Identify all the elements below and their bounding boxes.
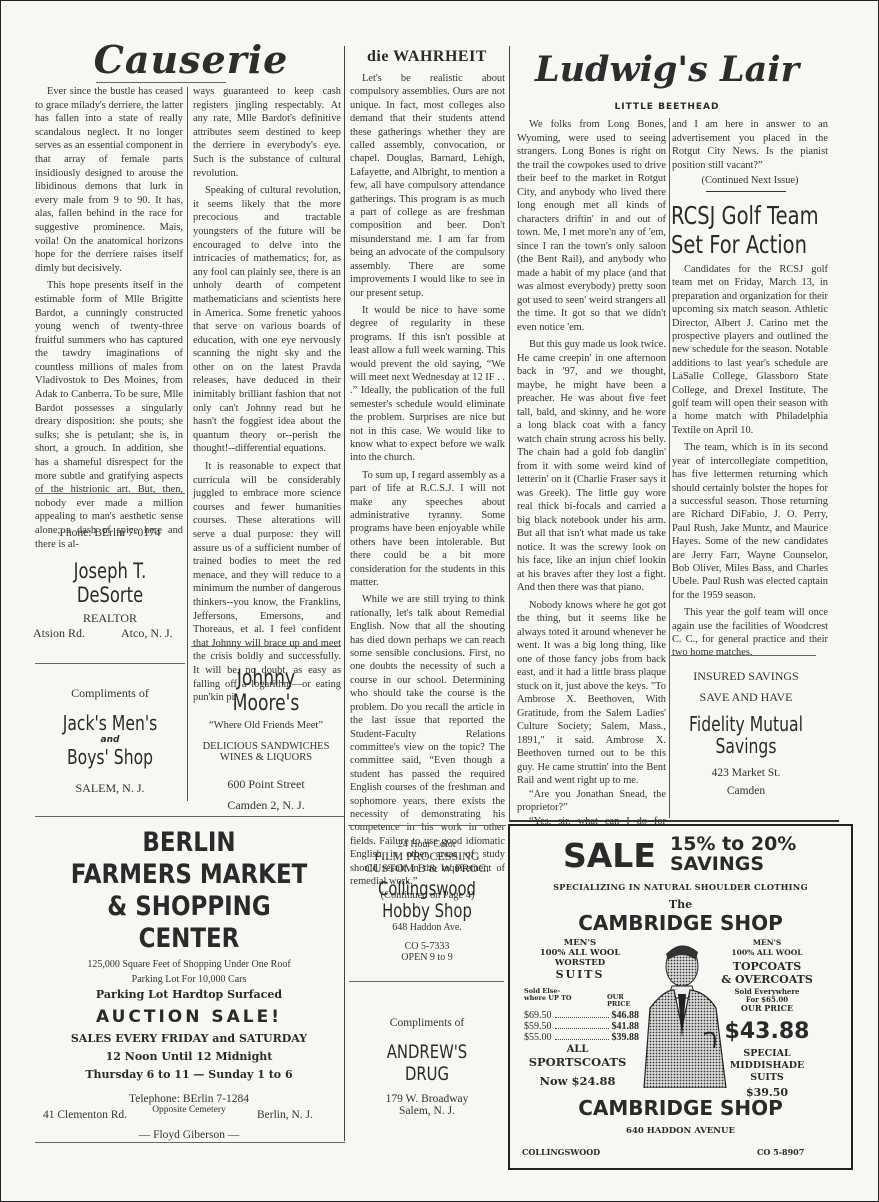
berlin-title3: & SHOPPING CENTER xyxy=(58,891,320,955)
middishade-block: SPECIAL MIDDISHADE SUITS $39.50 xyxy=(712,1048,822,1099)
fidelity-ad: INSURED SAVINGS SAVE AND HAVE Fidelity M… xyxy=(671,669,821,797)
berlin-title2: FARMERS MARKET xyxy=(58,859,320,891)
jacks-line1: Jack's Men's xyxy=(52,711,169,735)
divider xyxy=(35,1142,345,1143)
johnny-moores-ad: Johnny Moore's “Where Old Friends Meet” … xyxy=(191,666,341,813)
paragraph: The team, which is in its second year of… xyxy=(672,441,828,602)
hobby-phone: CO 5-7333 xyxy=(347,941,507,952)
berlin-auction: AUCTION SALE! xyxy=(35,1007,343,1027)
paragraph: To sum up, I regard assembly as a part o… xyxy=(350,469,505,590)
berlin-sub3: Parking Lot Hardtop Surfaced xyxy=(35,988,343,1001)
cambridge-specializing: SPECIALIZING IN NATURAL SHOULDER CLOTHIN… xyxy=(510,882,851,892)
desorte-street: Atsion Rd. xyxy=(33,626,85,641)
price-row: $59.50$41.88 xyxy=(524,1021,639,1032)
jacks-compliments: Compliments of xyxy=(35,686,185,701)
all-label: ALL xyxy=(520,1044,635,1055)
berlin-hours2: Thursday 6 to 11 — Sunday 1 to 6 xyxy=(35,1068,343,1081)
ludwig-title: Ludwig's Lair xyxy=(517,49,817,90)
sold-elsewhere-label: Sold Else-where UP TO xyxy=(524,988,574,1002)
andrews-street: 179 W. Broadway xyxy=(347,1093,507,1105)
paragraph: and I am here in answer to an advertisem… xyxy=(672,118,828,172)
desorte-name: Joseph T. DeSorte xyxy=(52,559,169,607)
middishade-label: MIDDISHADE xyxy=(712,1060,822,1072)
suits-label: SUITS xyxy=(712,1072,822,1084)
causerie-title: Causerie xyxy=(61,37,321,82)
our-price-label: OUR PRICE xyxy=(712,1004,822,1013)
johnny-moores-name: Johnny Moore's xyxy=(208,666,325,716)
cambridge-savings1: 15% to 20% xyxy=(670,834,796,854)
divider xyxy=(349,981,504,982)
desorte-role: REALTOR xyxy=(35,611,185,626)
ludwig-column-2: and I am here in answer to an advertisem… xyxy=(672,118,828,188)
berlin-street: 41 Clementon Rd. xyxy=(43,1109,127,1121)
hobby-name1: Collingswood xyxy=(365,878,490,900)
jacks-town: SALEM, N. J. xyxy=(35,781,185,796)
berlin-market-ad: BERLIN FARMERS MARKET & SHOPPING CENTER … xyxy=(35,827,343,1115)
column-divider xyxy=(669,118,670,818)
wahrheit-title: die WAHRHEIT xyxy=(347,48,507,66)
johnny-moores-town: Camden 2, N. J. xyxy=(191,798,341,813)
paragraph: It would be nice to have some degree of … xyxy=(350,304,505,465)
cambridge-footer-name: CAMBRIDGE SHOP xyxy=(510,1096,851,1120)
cambridge-savings2: SAVINGS xyxy=(670,854,764,874)
fidelity-name1: Fidelity Mutual xyxy=(688,713,805,735)
johnny-moores-line1: DELICIOUS SANDWICHES xyxy=(191,741,341,752)
hobby-hours: OPEN 9 to 9 xyxy=(347,952,507,963)
hobby-line3: CUSTOM B & W PROC. xyxy=(347,862,507,874)
golf-article: Candidates for the RCSJ golf team met on… xyxy=(672,263,828,660)
paragraph: ways guaranteed to keep cash registers j… xyxy=(193,85,341,180)
golf-headline-line1: RCSJ Golf Team xyxy=(671,201,819,230)
berlin-hours1: 12 Noon Until 12 Midnight xyxy=(35,1050,343,1063)
our-price-label: OUR PRICE xyxy=(607,994,637,1008)
ludwig-column-1: We folks from Long Bones, Wyoming, were … xyxy=(517,118,666,896)
cambridge-city: COLLINGSWOOD xyxy=(522,1147,600,1157)
golf-headline: RCSJ Golf Team Set For Action xyxy=(671,201,819,259)
paragraph: “Are you Jonathan Snead, the proprietor?… xyxy=(517,788,666,815)
jacks-line2: Boys' Shop xyxy=(52,745,169,769)
jacks-and: and xyxy=(35,735,185,745)
wool-label: 100% ALL WOOL xyxy=(712,948,822,958)
divider xyxy=(191,646,341,647)
berlin-sales: SALES EVERY FRIDAY and SATURDAY xyxy=(35,1032,343,1045)
cambridge-shop-name: CAMBRIDGE SHOP xyxy=(510,911,851,935)
ludwig-continued: (Continued Next Issue) xyxy=(672,174,828,188)
divider xyxy=(509,820,839,822)
jacks-ad: Compliments of Jack's Men's and Boys' Sh… xyxy=(35,686,185,796)
cambridge-phone: CO 5-8907 xyxy=(757,1147,804,1157)
berlin-sub1: 125,000 Square Feet of Shopping Under On… xyxy=(35,959,343,970)
divider xyxy=(671,655,816,656)
special-label: SPECIAL xyxy=(712,1048,822,1060)
causerie-column-1: Ever since the bustle has ceased to grac… xyxy=(35,85,183,551)
andrews-name: ANDREW'S DRUG xyxy=(365,1041,490,1085)
column-divider xyxy=(344,46,345,1141)
divider xyxy=(35,493,185,494)
price-row: $55.00$39.88 xyxy=(524,1032,639,1043)
hobby-shop-ad: 24 Hour Color FILM PROCESSING CUSTOM B &… xyxy=(347,839,507,963)
topcoats-price: $43.88 xyxy=(712,1019,822,1044)
price-table: $69.50$46.88 $59.50$41.88 $55.00$39.88 xyxy=(524,1010,639,1043)
fidelity-line1: INSURED SAVINGS xyxy=(671,669,821,684)
paragraph: Ever since the bustle has ceased to grac… xyxy=(35,85,183,275)
cambridge-the: The xyxy=(510,898,851,911)
cambridge-sale: SALE xyxy=(563,838,656,874)
paragraph: Let's be realistic about compulsory asse… xyxy=(350,72,505,300)
andrews-compliments: Compliments of xyxy=(347,1017,507,1029)
worsted-label: WORSTED xyxy=(530,958,630,968)
paragraph: But this guy made us look twice. He came… xyxy=(517,338,666,595)
cambridge-right-header: MEN'S 100% ALL WOOL TOPCOATS & OVERCOATS… xyxy=(712,938,822,1013)
column-divider xyxy=(187,87,188,677)
was-price: $55.00 xyxy=(524,1032,552,1043)
golf-headline-line2: Set For Action xyxy=(671,230,819,259)
andrews-drug-ad: Compliments of ANDREW'S DRUG 179 W. Broa… xyxy=(347,1017,507,1117)
mens-label: MEN'S xyxy=(530,938,630,948)
overcoats-label: & OVERCOATS xyxy=(712,973,822,986)
sportscoats-price: Now $24.88 xyxy=(520,1074,635,1088)
johnny-moores-line2: WINES & LIQUORS xyxy=(191,752,341,763)
desorte-phone: Phone: BErlin 7-0174 xyxy=(35,527,185,539)
cambridge-left-header: MEN'S 100% ALL WOOL WORSTED SUITS xyxy=(530,938,630,982)
berlin-phone: Telephone: BErlin 7-1284 xyxy=(35,1093,343,1105)
divider xyxy=(348,825,506,826)
hobby-street: 648 Haddon Ave. xyxy=(347,922,507,933)
wool-label: 100% ALL WOOL xyxy=(530,948,630,958)
paragraph: This year the golf team will once again … xyxy=(672,606,828,660)
cambridge-address: 640 HADDON AVENUE xyxy=(510,1126,851,1136)
column-divider xyxy=(509,46,510,821)
cambridge-shop-ad: SALE 15% to 20% SAVINGS SPECIALIZING IN … xyxy=(508,824,853,1170)
newspaper-page: Causerie Ever since the bustle has cease… xyxy=(0,0,879,1202)
ludwig-byline: LITTLE BEETHEAD xyxy=(517,102,817,112)
johnny-moores-street: 600 Point Street xyxy=(191,777,341,792)
mens-label: MEN'S xyxy=(712,938,822,948)
paragraph: Candidates for the RCSJ golf team met on… xyxy=(672,263,828,437)
hobby-name2: Hobby Shop xyxy=(365,900,490,922)
fidelity-town: Camden xyxy=(671,785,821,797)
paragraph: This hope presents itself in the estimab… xyxy=(35,279,183,551)
berlin-title1: BERLIN xyxy=(58,827,320,859)
fidelity-street: 423 Market St. xyxy=(671,767,821,779)
fidelity-name2: Savings xyxy=(688,735,805,757)
fidelity-line2: SAVE AND HAVE xyxy=(671,690,821,705)
was-price: $69.50 xyxy=(524,1010,552,1021)
divider xyxy=(35,663,185,664)
berlin-sub2: Parking Lot For 10,000 Cars xyxy=(35,974,343,985)
price-row: $69.50$46.88 xyxy=(524,1010,639,1021)
paragraph: Nobody knows where he got got the thing,… xyxy=(517,599,666,788)
desorte-ad: Joseph T. DeSorte REALTOR xyxy=(35,559,185,626)
johnny-moores-slogan: “Where Old Friends Meet” xyxy=(191,720,341,731)
sportscoats-label: SPORTSCOATS xyxy=(520,1055,635,1069)
paragraph: Speaking of cultural revolution, it seem… xyxy=(193,184,341,456)
causerie-column-2: ways guaranteed to keep cash registers j… xyxy=(193,85,341,705)
andrews-town: Salem, N. J. xyxy=(347,1105,507,1117)
sportscoats-block: ALL SPORTSCOATS Now $24.88 xyxy=(520,1044,635,1088)
berlin-town: Berlin, N. J. xyxy=(257,1109,313,1121)
divider xyxy=(35,816,345,817)
divider xyxy=(706,191,786,192)
title-underline xyxy=(96,82,226,83)
berlin-owner: — Floyd Giberson — xyxy=(35,1129,343,1141)
was-price: $59.50 xyxy=(524,1021,552,1032)
topcoats-label: TOPCOATS xyxy=(712,960,822,973)
desorte-town: Atco, N. J. xyxy=(121,626,173,641)
column-divider xyxy=(187,661,188,801)
wahrheit-column: Let's be realistic about compulsory asse… xyxy=(350,72,505,903)
paragraph: We folks from Long Bones, Wyoming, were … xyxy=(517,118,666,334)
suits-label: SUITS xyxy=(530,968,630,982)
